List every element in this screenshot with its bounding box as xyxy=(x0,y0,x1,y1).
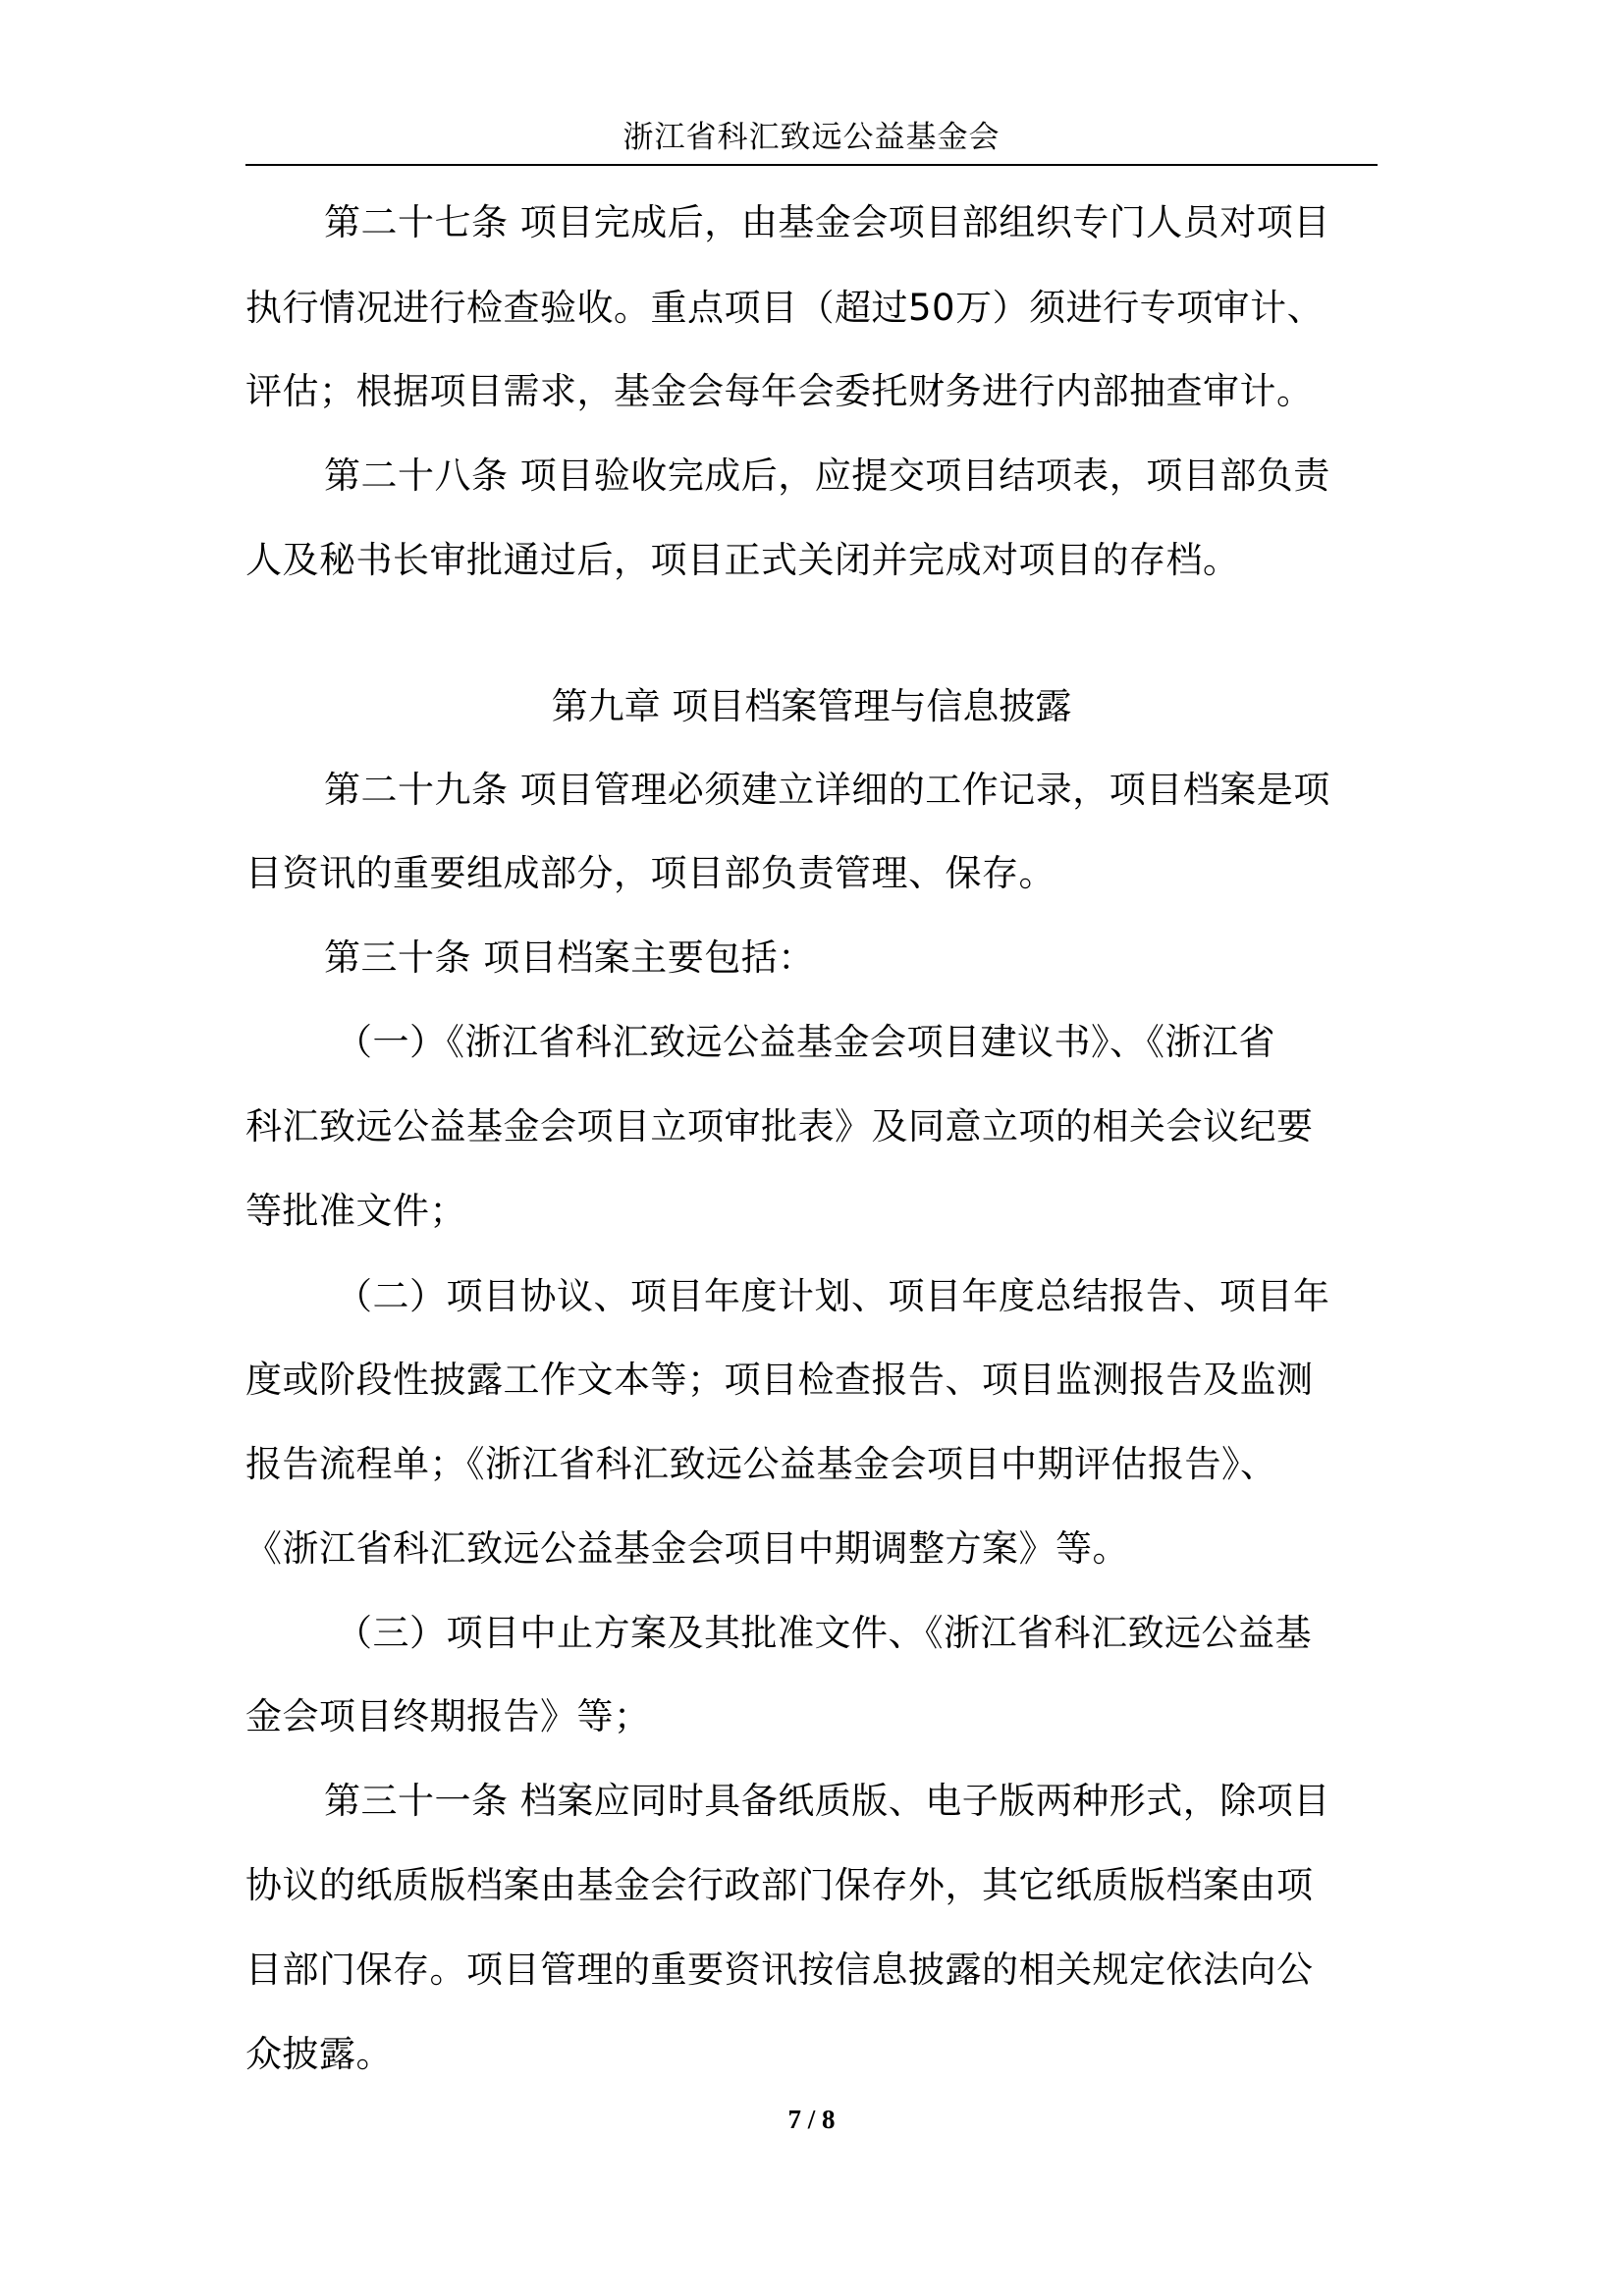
page-number: 7 / 8 xyxy=(0,2104,1623,2135)
item-3-line-1: （三）项目中止方案及其批准文件、《浙江省科汇致远公益基 xyxy=(245,1612,1475,1655)
header-divider xyxy=(245,164,1378,166)
item-2-line-3: 报告流程单；《浙江省科汇致远公益基金会项目中期评估报告》、 xyxy=(245,1443,1384,1486)
item-2-line-1: （二）项目协议、项目年度计划、项目年度总结报告、项目年 xyxy=(245,1275,1475,1318)
article-27-line-1: 第二十七条 项目完成后，由基金会项目部组织专门人员对项目 xyxy=(245,201,1463,244)
item-1-line-3: 等批准文件； xyxy=(245,1190,1384,1233)
page-header-title: 浙江省科汇致远公益基金会 xyxy=(245,118,1378,157)
article-28-line-1: 第二十八条 项目验收完成后，应提交项目结项表，项目部负责 xyxy=(245,454,1463,498)
article-31-line-2: 协议的纸质版档案由基金会行政部门保存外，其它纸质版档案由项 xyxy=(245,1864,1384,1907)
item-1-line-2: 科汇致远公益基金会项目立项审批表》及同意立项的相关会议纪要 xyxy=(245,1105,1384,1148)
item-2-line-2: 度或阶段性披露工作文本等；项目检查报告、项目监测报告及监测 xyxy=(245,1359,1384,1402)
article-31-line-3: 目部门保存。项目管理的重要资讯按信息披露的相关规定依法向公 xyxy=(245,1949,1384,1992)
document-page: 浙江省科汇致远公益基金会 第二十七条 项目完成后，由基金会项目部组织专门人员对项… xyxy=(0,0,1623,2296)
item-3-line-2: 金会项目终期报告》等； xyxy=(245,1695,1384,1738)
article-27-line-2: 执行情况进行检查验收。重点项目（超过50万）须进行专项审计、 xyxy=(245,287,1384,330)
article-31-line-1: 第三十一条 档案应同时具备纸质版、电子版两种形式，除项目 xyxy=(245,1780,1463,1823)
article-31-line-4: 众披露。 xyxy=(245,2033,1384,2076)
article-29-line-1: 第二十九条 项目管理必须建立详细的工作记录，项目档案是项 xyxy=(245,769,1463,812)
item-2-line-4: 《浙江省科汇致远公益基金会项目中期调整方案》等。 xyxy=(245,1527,1384,1571)
article-28-line-2: 人及秘书长审批通过后，项目正式关闭并完成对项目的存档。 xyxy=(245,539,1384,582)
article-29-line-2: 目资讯的重要组成部分，项目部负责管理、保存。 xyxy=(245,852,1384,895)
chapter-9-heading: 第九章 项目档案管理与信息披露 xyxy=(245,685,1378,728)
article-27-line-3: 评估；根据项目需求，基金会每年会委托财务进行内部抽查审计。 xyxy=(245,370,1384,413)
item-1-line-1: （一）《浙江省科汇致远公益基金会项目建议书》、《浙江省 xyxy=(245,1021,1475,1064)
article-30-line-1: 第三十条 项目档案主要包括： xyxy=(245,936,1463,980)
